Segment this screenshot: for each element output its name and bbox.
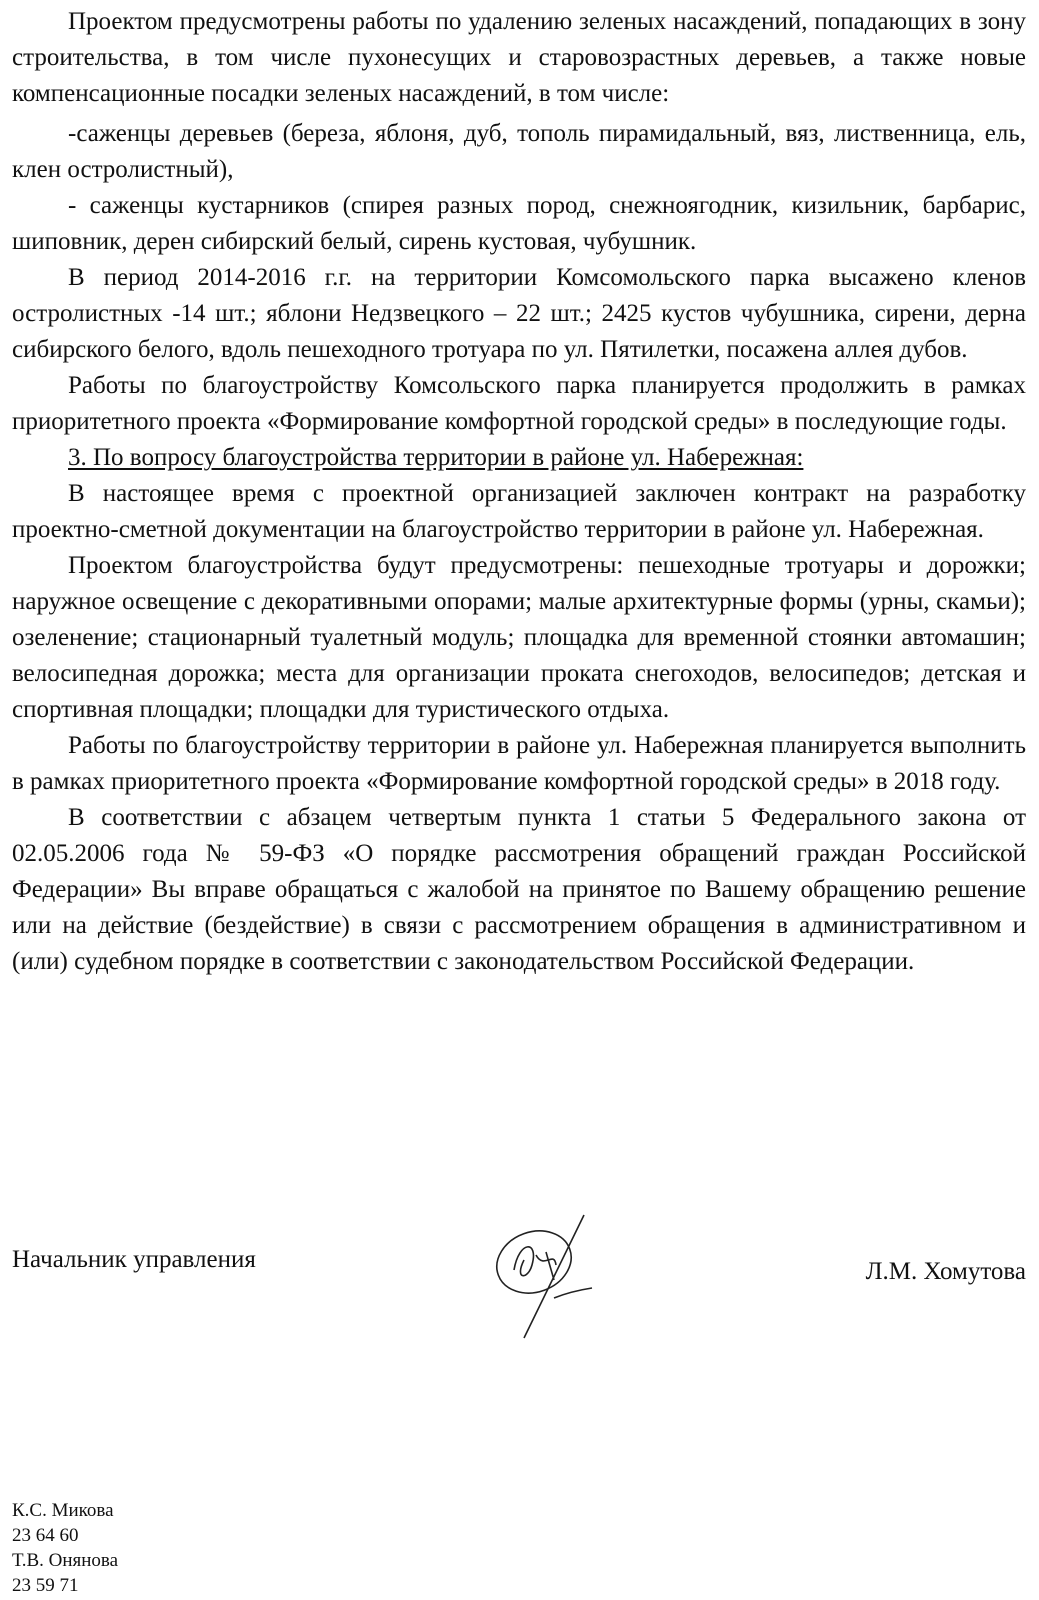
paragraph-list-shrubs: - саженцы кустарников (спирея разных пор…	[12, 188, 1026, 260]
handwritten-signature-icon	[484, 1210, 614, 1340]
paragraph-list-trees: -саженцы деревьев (береза, яблоня, дуб, …	[12, 116, 1026, 188]
signer-title: Начальник управления	[12, 1246, 256, 1274]
document-body: Проектом предусмотрены работы по удалени…	[12, 4, 1026, 980]
paragraph: Проектом благоустройства будут предусмот…	[12, 548, 1026, 728]
contacts-block: К.С. Микова 23 64 60 Т.В. Онянова 23 59 …	[12, 1498, 118, 1598]
paragraph: Работы по благоустройству территории в р…	[12, 728, 1026, 800]
signature-block: Начальник управления Л.М. Хомутова	[12, 1240, 1026, 1350]
contact-phone: 23 59 71	[12, 1573, 118, 1598]
paragraph: Проектом предусмотрены работы по удалени…	[12, 4, 1026, 112]
contact-name: Т.В. Онянова	[12, 1548, 118, 1573]
paragraph: В настоящее время с проектной организаци…	[12, 476, 1026, 548]
signer-name: Л.М. Хомутова	[866, 1258, 1026, 1286]
contact-phone: 23 64 60	[12, 1523, 118, 1548]
contact-name: К.С. Микова	[12, 1498, 118, 1523]
paragraph: В период 2014-2016 г.г. на территории Ко…	[12, 260, 1026, 368]
paragraph: Работы по благоустройству Комсольского п…	[12, 368, 1026, 440]
paragraph-legal-notice: В соответствии с абзацем четвертым пункт…	[12, 800, 1026, 980]
section-heading: 3. По вопросу благоустройства территории…	[12, 440, 1026, 476]
